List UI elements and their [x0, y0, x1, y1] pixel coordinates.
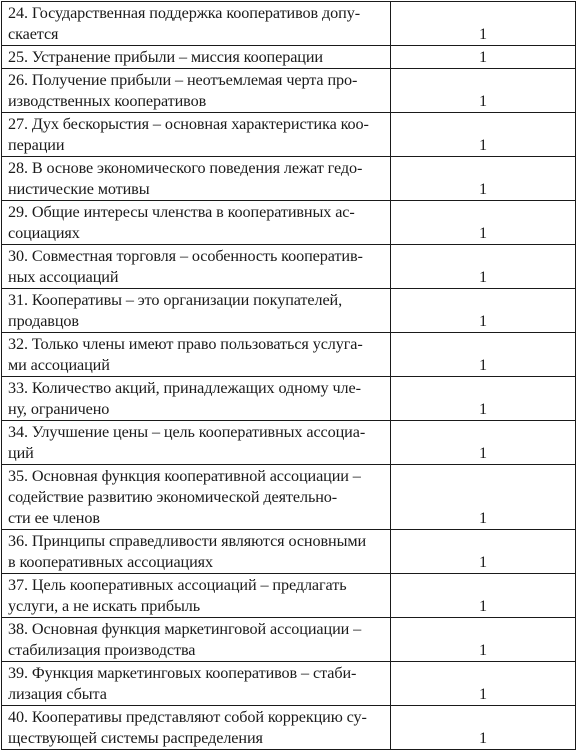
statement-text-continuation: услуги, а не искать прибыль: [8, 596, 386, 617]
score-cell: 1: [391, 377, 576, 421]
table-row: 32. Только члены имеют право пользоватьс…: [2, 333, 576, 377]
statement-cell: 27. Дух бескорыстия – основная характери…: [2, 113, 391, 157]
statement-text: 24. Государственная поддержка кооператив…: [8, 3, 386, 24]
statement-text-continuation: ных ассоциаций: [8, 267, 386, 288]
table-row: 34. Улучшение цены – цель кооперативных …: [2, 421, 576, 465]
score-cell: 1: [391, 201, 576, 245]
statement-text-continuation: нистические мотивы: [8, 179, 386, 200]
statement-text-continuation: ций: [8, 443, 386, 464]
statement-text-continuation: ществующей системы распределения: [8, 728, 386, 732]
statement-text: 39. Функция маркетинговых кооперативов –…: [8, 663, 386, 684]
table-row: 25. Устранение прибыли – миссия кооперац…: [2, 46, 576, 69]
table-row: 38. Основная функция маркетинговой ассоц…: [2, 618, 576, 662]
statement-text-continuation: продавцов: [8, 311, 386, 332]
statement-text: 32. Только члены имеют право пользоватьс…: [8, 334, 386, 355]
statement-text: 33. Количество акций, принадлежащих одно…: [8, 378, 386, 399]
table-row: 36. Принципы справедливости являются осн…: [2, 530, 576, 574]
statement-cell: 36. Принципы справедливости являются осн…: [2, 530, 391, 574]
statement-cell: 29. Общие интересы членства в кооператив…: [2, 201, 391, 245]
statement-cell: 38. Основная функция маркетинговой ассоц…: [2, 618, 391, 662]
score-cell: 1: [391, 113, 576, 157]
statement-text: 28. В основе экономического поведения ле…: [8, 158, 386, 179]
statement-text: 31. Кооперативы – это организации покупа…: [8, 290, 386, 311]
score-cell: 1: [391, 333, 576, 377]
statement-text: 35. Основная функция кооперативной ассоц…: [8, 466, 386, 487]
table-row: 27. Дух бескорыстия – основная характери…: [2, 113, 576, 157]
statement-text-continuation: изводственных кооперативов: [8, 91, 386, 112]
score-cell: 1: [391, 465, 576, 530]
statement-cell: 33. Количество акций, принадлежащих одно…: [2, 377, 391, 421]
table-row: 31. Кооперативы – это организации покупа…: [2, 289, 576, 333]
statement-text-continuation: ну, ограничено: [8, 399, 386, 420]
statement-cell: 25. Устранение прибыли – миссия кооперац…: [2, 46, 391, 69]
statement-text: 27. Дух бескорыстия – основная характери…: [8, 114, 386, 135]
statement-cell: 31. Кооперативы – это организации покупа…: [2, 289, 391, 333]
score-cell: 1: [391, 46, 576, 69]
statement-text-continuation: в кооперативных ассоциациях: [8, 552, 386, 573]
score-cell: 1: [391, 289, 576, 333]
score-cell: 1: [391, 662, 576, 706]
statement-text-continuation: ми ассоциаций: [8, 355, 386, 376]
table-row: 24. Государственная поддержка кооператив…: [2, 2, 576, 46]
statement-text: 26. Получение прибыли – неотъемлемая чер…: [8, 70, 386, 91]
statement-cell: 34. Улучшение цены – цель кооперативных …: [2, 421, 391, 465]
score-cell: 1: [391, 157, 576, 201]
table-row: 26. Получение прибыли – неотъемлемая чер…: [2, 69, 576, 113]
statement-text-continuation: стабилизация производства: [8, 640, 386, 661]
statement-text-continuation: содействие развитию экономической деятел…: [8, 487, 386, 508]
statement-text-continuation: скается: [8, 24, 386, 45]
table-row: 28. В основе экономического поведения ле…: [2, 157, 576, 201]
statement-text: 34. Улучшение цены – цель кооперативных …: [8, 422, 386, 443]
statement-text: 29. Общие интересы членства в кооператив…: [8, 202, 386, 223]
statement-text-continuation: социациях: [8, 223, 386, 244]
statement-text: 38. Основная функция маркетинговой ассоц…: [8, 619, 386, 640]
statement-text-continuation: лизация сбыта: [8, 684, 386, 705]
score-cell: 1: [391, 2, 576, 46]
statements-table-body: 24. Государственная поддержка кооператив…: [2, 2, 576, 733]
score-cell: 1: [391, 69, 576, 113]
statement-text: 36. Принципы справедливости являются осн…: [8, 531, 386, 552]
score-cell: 1: [391, 706, 576, 733]
score-cell: 1: [391, 530, 576, 574]
table-row: 40. Кооперативы представляют собой корре…: [2, 706, 576, 733]
table-row: 35. Основная функция кооперативной ассоц…: [2, 465, 576, 530]
table-row: 39. Функция маркетинговых кооперативов –…: [2, 662, 576, 706]
statement-text-continuation: перации: [8, 135, 386, 156]
statement-cell: 28. В основе экономического поведения ле…: [2, 157, 391, 201]
statement-cell: 30. Совместная торговля – особенность ко…: [2, 245, 391, 289]
statement-text: 25. Устранение прибыли – миссия кооперац…: [8, 47, 386, 68]
score-cell: 1: [391, 245, 576, 289]
score-cell: 1: [391, 421, 576, 465]
score-cell: 1: [391, 574, 576, 618]
statement-text: 40. Кооперативы представляют собой корре…: [8, 707, 386, 728]
statement-text: 30. Совместная торговля – особенность ко…: [8, 246, 386, 267]
score-cell: 1: [391, 618, 576, 662]
statements-table: 24. Государственная поддержка кооператив…: [1, 1, 576, 732]
statement-cell: 26. Получение прибыли – неотъемлемая чер…: [2, 69, 391, 113]
statement-cell: 40. Кооперативы представляют собой корре…: [2, 706, 391, 733]
statement-cell: 39. Функция маркетинговых кооперативов –…: [2, 662, 391, 706]
table-row: 37. Цель кооперативных ассоциаций – пред…: [2, 574, 576, 618]
table-row: 33. Количество акций, принадлежащих одно…: [2, 377, 576, 421]
statement-cell: 35. Основная функция кооперативной ассоц…: [2, 465, 391, 530]
table-row: 29. Общие интересы членства в кооператив…: [2, 201, 576, 245]
statement-cell: 37. Цель кооперативных ассоциаций – пред…: [2, 574, 391, 618]
statement-text-continuation: сти ее членов: [8, 508, 386, 529]
table-row: 30. Совместная торговля – особенность ко…: [2, 245, 576, 289]
statement-cell: 24. Государственная поддержка кооператив…: [2, 2, 391, 46]
statement-cell: 32. Только члены имеют право пользоватьс…: [2, 333, 391, 377]
statement-text: 37. Цель кооперативных ассоциаций – пред…: [8, 575, 386, 596]
